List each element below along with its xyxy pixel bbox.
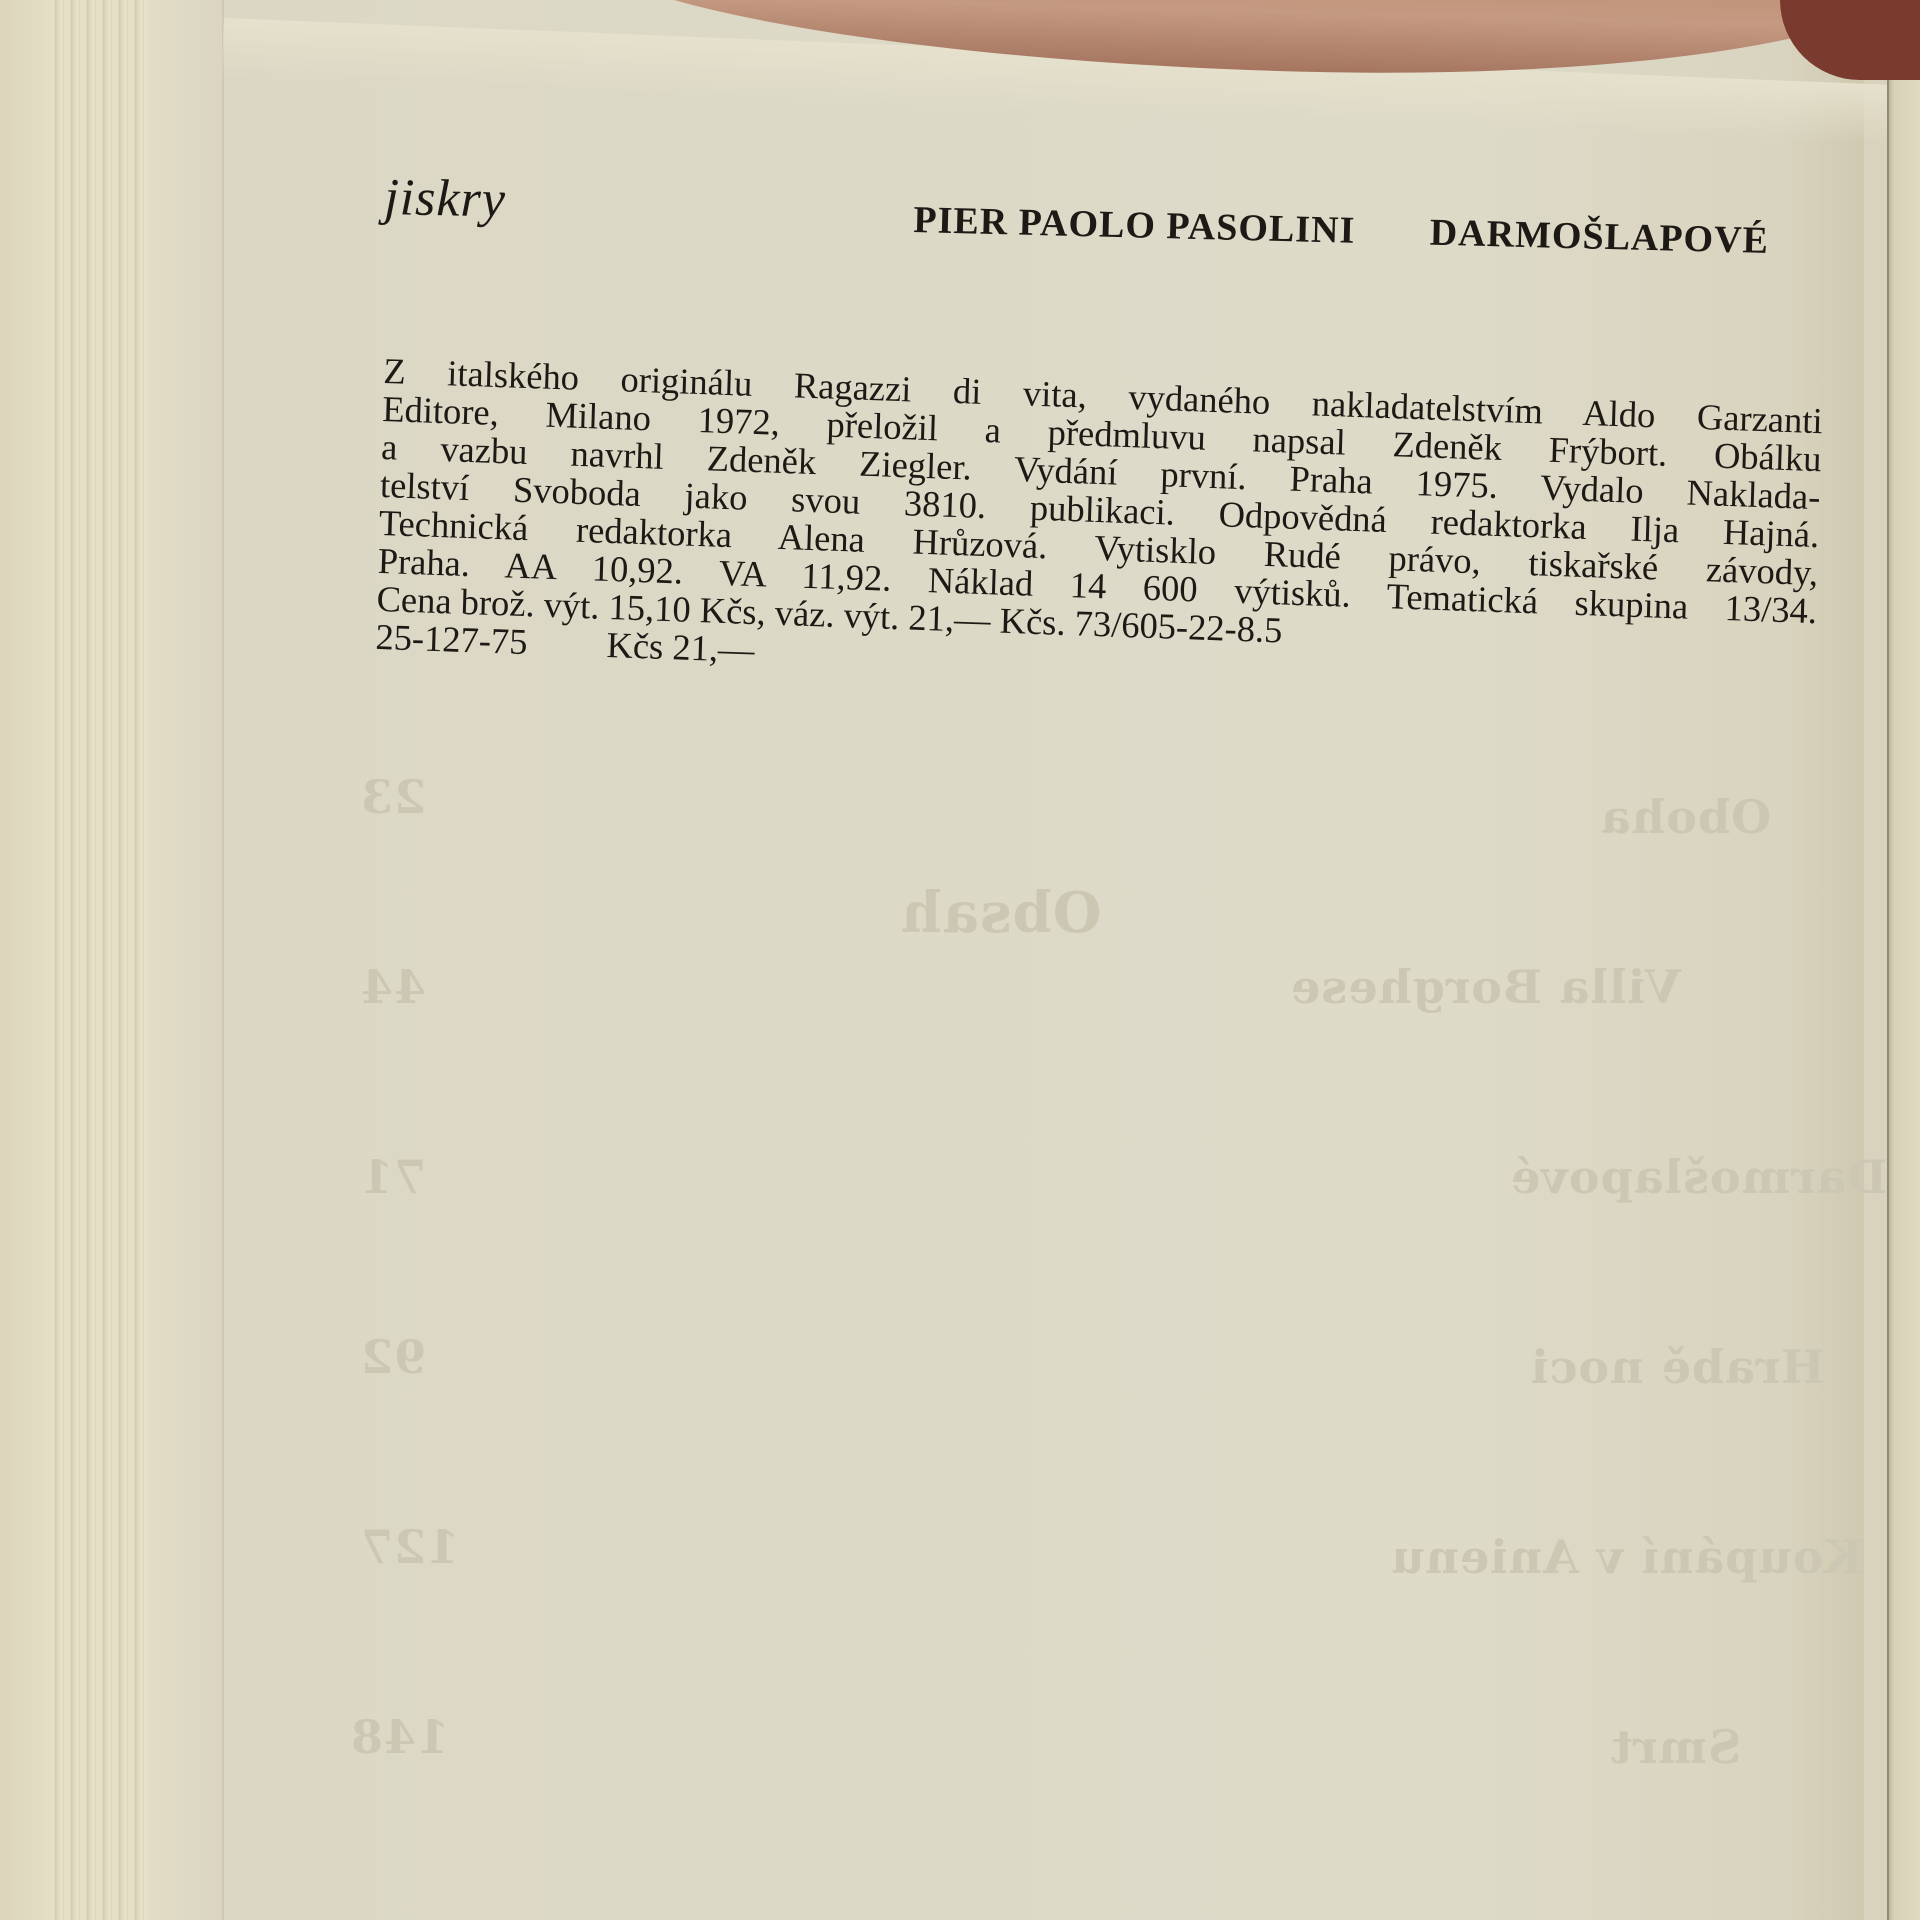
- show-through-mark: Villa Borghese: [1290, 960, 1681, 1014]
- right-page-edge-line: [1887, 60, 1889, 1920]
- show-through-mark: 71: [360, 1150, 426, 1204]
- show-through-mark: 148: [350, 1710, 449, 1764]
- catalog-code: 25-127-75: [375, 616, 528, 662]
- show-through-mark: 127: [360, 1520, 459, 1574]
- show-through-mark: 44: [360, 960, 426, 1014]
- photo-scene: 23 Oboha Obsah Villa Borghese 44 71 Darm…: [0, 0, 1920, 1920]
- colophon-text: Z italského originálu Ragazzi di vita, v…: [375, 352, 1823, 706]
- left-page-stack-edge: [0, 0, 50, 1920]
- price: Kčs 21,—: [606, 624, 755, 670]
- show-through-mark: Obsah: [900, 880, 1101, 946]
- show-through-mark: Oboha: [1600, 790, 1771, 844]
- show-through-mark: 92: [360, 1330, 426, 1384]
- show-through-mark: Smrt: [1610, 1720, 1741, 1774]
- show-through-mark: 23: [360, 770, 426, 824]
- right-page-edge: [1888, 60, 1920, 1920]
- show-through-mark: Hrabě noci: [1530, 1340, 1825, 1394]
- show-through-mark: Darmošlapové: [1510, 1150, 1887, 1204]
- book-title: DARMOŠLAPOVÉ: [1429, 212, 1769, 262]
- book-gutter: [148, 0, 228, 1920]
- show-through-mark: Koupání v Anienu: [1390, 1530, 1864, 1584]
- series-name: jiskry: [384, 168, 507, 230]
